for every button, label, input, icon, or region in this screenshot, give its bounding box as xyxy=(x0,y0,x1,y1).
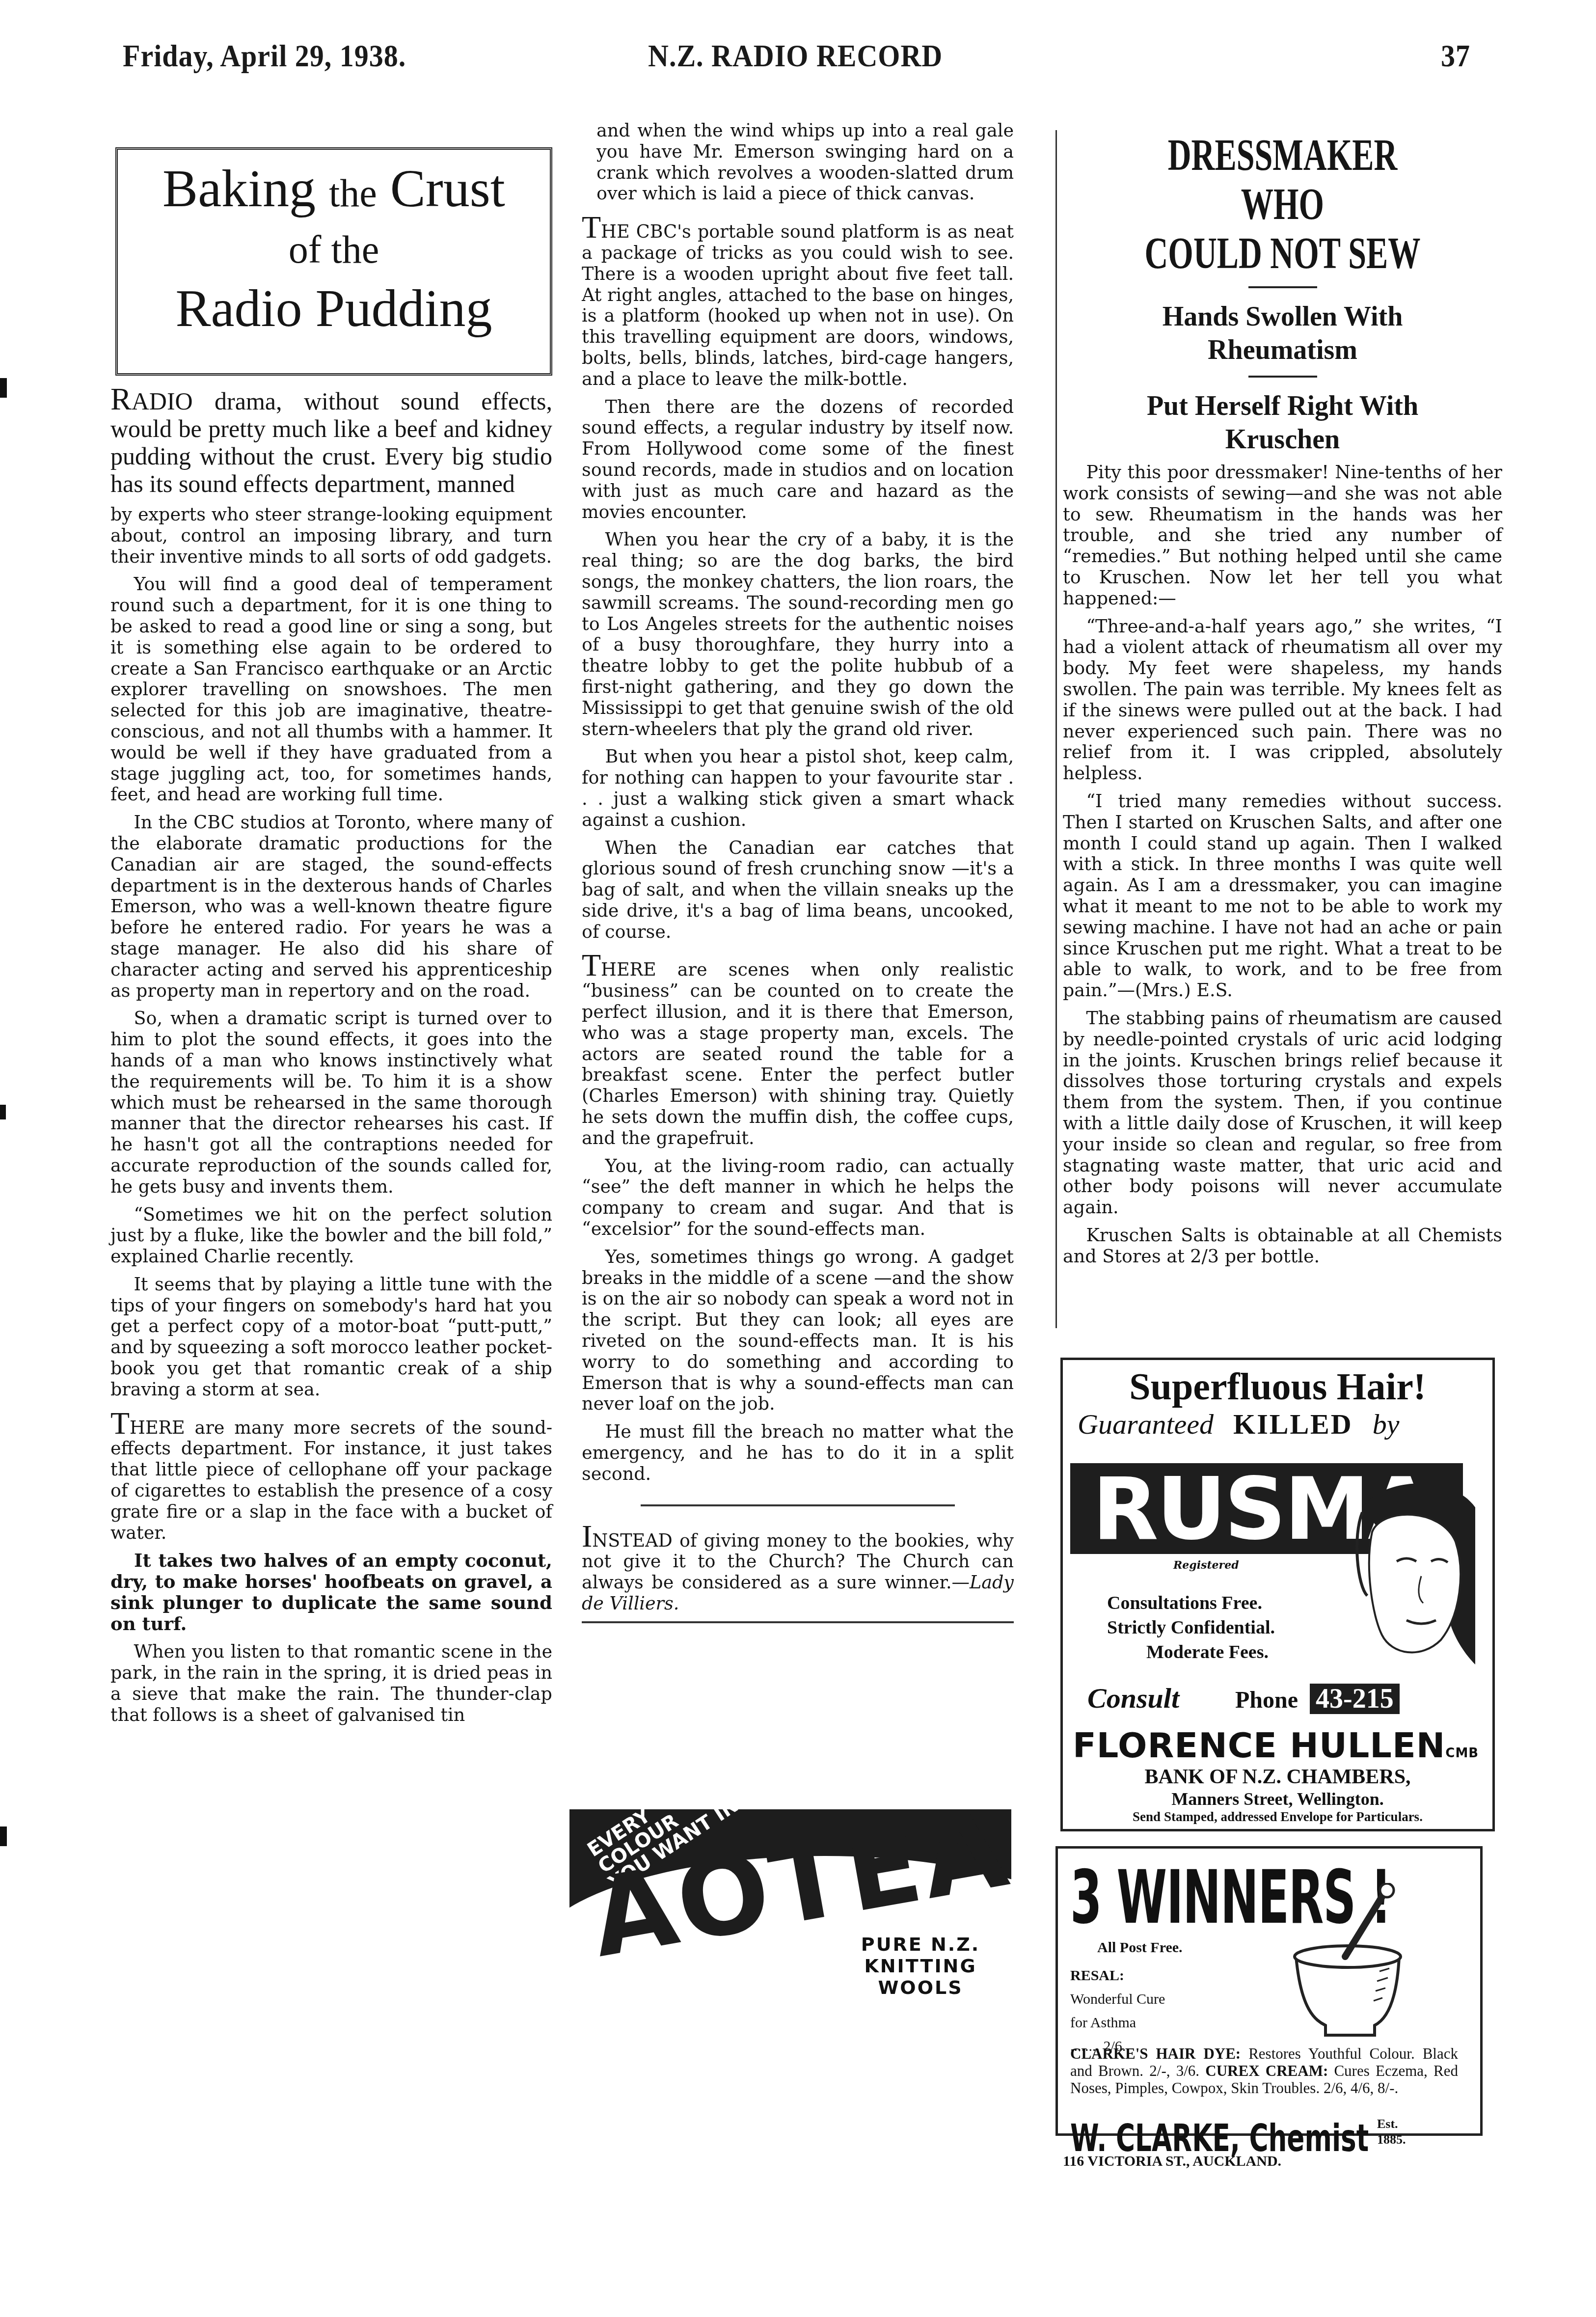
phone-number: 43-215 xyxy=(1310,1684,1400,1714)
paragraph: When you listen to that romantic scene i… xyxy=(110,1641,552,1725)
paragraph: It seems that by playing a little tune w… xyxy=(110,1274,552,1400)
ad-clarke-description: CLARKE'S HAIR DYE: Restores Youthful Col… xyxy=(1070,2045,1458,2097)
kruschen-body: Pity this poor dressmaker! Nine-tenths o… xyxy=(1063,462,1502,1267)
paragraph: Yes, sometimes things go wrong. A gadget… xyxy=(582,1247,1014,1415)
paragraph: “I tried many remedies without success. … xyxy=(1063,791,1502,1001)
section-divider xyxy=(641,1504,955,1506)
ad-rusma: Superfluous Hair! GuaranteedKILLEDby RUS… xyxy=(1060,1358,1495,1831)
paragraph: “Sometimes we hit on the perfect solutio… xyxy=(110,1204,552,1267)
ad-rusma-registered: Registered xyxy=(1173,1559,1239,1572)
woman-portrait-icon xyxy=(1353,1478,1480,1684)
ad-clarke-address: 116 VICTORIA ST., AUCKLAND. xyxy=(1063,2153,1281,2170)
ad-clarke-established: Est. 1885. xyxy=(1377,2116,1406,2148)
divider xyxy=(582,1621,1014,1623)
quote-box: INSTEAD of giving money to the bookies, … xyxy=(582,1526,1014,1614)
paragraph: The stabbing pains of rheumatism are cau… xyxy=(1063,1008,1502,1218)
ad-clarke-chemist: 3 WINNERS ! All Post Free. RESAL: Wonder… xyxy=(1055,1846,1483,2136)
column-3: DRESSMAKER WHO COULD NOT SEW Hands Swoll… xyxy=(1063,120,1502,1274)
ad-rusma-address: BANK OF N.Z. CHAMBERS, Manners Street, W… xyxy=(1063,1765,1492,1824)
ad-aotea-ply: 3 & 4 PLY xyxy=(692,1979,795,2001)
article-lead: RADIO drama, without sound effects, woul… xyxy=(110,385,552,497)
paragraph: So, when a dramatic script is turned ove… xyxy=(110,1008,552,1197)
paragraph: You will find a good deal of temperament… xyxy=(110,574,552,805)
section-there-more-secrets: THERE are many more secrets of the sound… xyxy=(110,1413,552,1544)
paragraph: You, at the living-room radio, can actua… xyxy=(582,1156,1014,1240)
paragraph: When the Canadian ear catches that glori… xyxy=(582,838,1014,943)
ad-rusma-terms: Consultations Free. Strictly Confidentia… xyxy=(1107,1591,1275,1664)
article-title-box: Baking the Crust of the Radio Pudding xyxy=(115,147,552,376)
column-1: Baking the Crust of the Radio Pudding RA… xyxy=(110,147,552,1733)
title-line-2: of the xyxy=(118,223,550,277)
paragraph: But when you hear a pistol shot, keep ca… xyxy=(582,746,1014,830)
title-line-1: Baking the Crust xyxy=(118,160,550,223)
column-rule xyxy=(1055,130,1057,1328)
kruschen-subhead-2: Put Herself Right With Kruschen xyxy=(1063,389,1502,456)
paragraph: by experts who steer strange-looking equ… xyxy=(110,504,552,567)
section-scenes: THERE are scenes when only realistic “bu… xyxy=(582,955,1014,1148)
paragraph: Pity this poor dressmaker! Nine-tenths o… xyxy=(1063,462,1502,609)
header-date: Friday, April 29, 1938. xyxy=(123,38,406,74)
mortar-and-pestle-icon xyxy=(1286,1883,1404,2045)
kruschen-headline: DRESSMAKER WHO COULD NOT SEW xyxy=(1124,130,1440,277)
ad-rusma-headline: Superfluous Hair! xyxy=(1063,1365,1492,1408)
column-2: and when the wind whips up into a real g… xyxy=(582,120,1014,1623)
paragraph: In the CBC studios at Toronto, where man… xyxy=(110,812,552,1001)
header-page-number: 37 xyxy=(1441,38,1470,74)
paragraph: Kruschen Salts is obtainable at all Chem… xyxy=(1063,1225,1502,1267)
scan-mark xyxy=(0,378,7,398)
kruschen-subhead-1: Hands Swollen With Rheumatism xyxy=(1063,300,1502,367)
ad-rusma-guaranteed: GuaranteedKILLEDby xyxy=(1063,1408,1492,1441)
ad-aotea-wools: EVERY COLOUR YOU WANT IN AOTEA 3 & 4 PLY… xyxy=(569,1809,1011,2011)
ad-aotea-box: PURE N.Z. KNITTING WOOLS xyxy=(842,1930,999,2001)
ad-clarke-post-free: All Post Free. xyxy=(1097,1939,1183,1956)
article-body-col1: by experts who steer strange-looking equ… xyxy=(110,504,552,1726)
paragraph: When you hear the cry of a baby, it is t… xyxy=(582,529,1014,739)
divider xyxy=(1248,286,1317,288)
paragraph: “Three-and-a-half years ago,” she writes… xyxy=(1063,616,1502,784)
ad-clarke-resal: RESAL: Wonderful Cure for Asthma .......… xyxy=(1070,1964,1168,2058)
section-cbc-platform: THE CBC's portable sound platform is as … xyxy=(582,217,1014,389)
paragraph: Then there are the dozens of recorded so… xyxy=(582,397,1014,523)
header-publication: N.Z. RADIO RECORD xyxy=(648,38,943,74)
ad-rusma-consult-row: Consult Phone 43-215 xyxy=(1087,1682,1475,1715)
paragraph: He must fill the breach no matter what t… xyxy=(582,1421,1014,1484)
scan-mark xyxy=(0,1826,7,1846)
title-line-3: Radio Pudding xyxy=(118,277,550,341)
divider xyxy=(1248,376,1317,378)
scan-mark xyxy=(0,1105,6,1119)
paragraph-continuation: and when the wind whips up into a real g… xyxy=(596,120,1014,204)
pull-quote: It takes two halves of an empty coconut,… xyxy=(110,1550,552,1635)
